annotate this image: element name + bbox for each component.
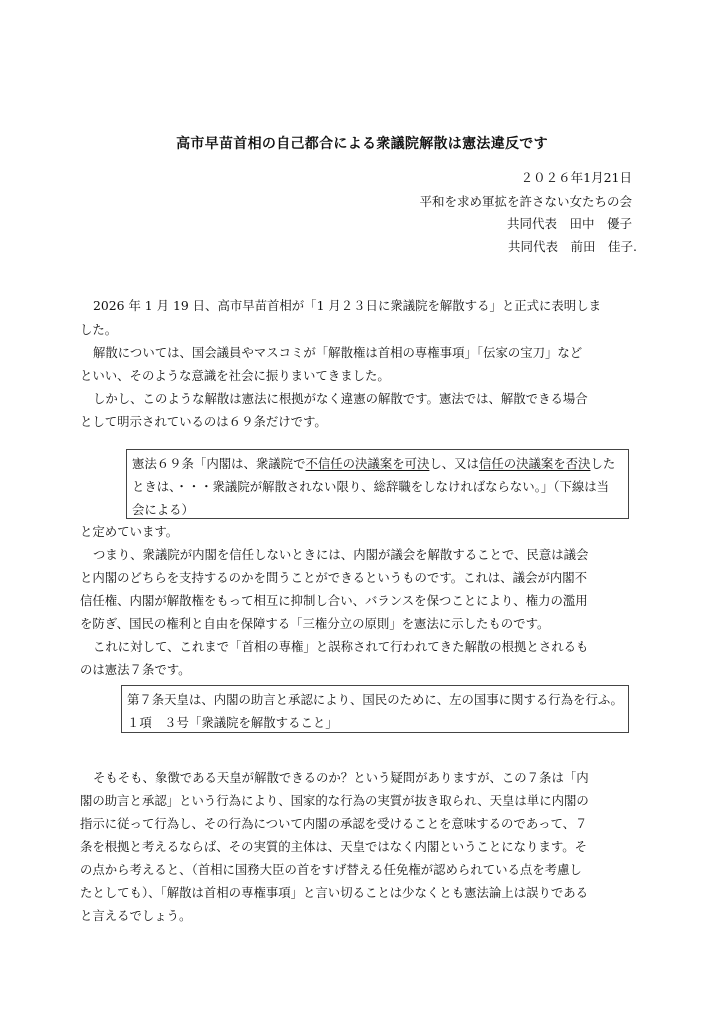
quote-line: ときは、・・・衆議院が解散されない限り、総辞職をしなければならない。」（下線は当 (132, 477, 609, 495)
quote-line: 会による） (132, 500, 194, 518)
paragraph-line: の点から考えると、（首相に国務大臣の首をすげ替える任免権が認められている点を考慮… (80, 860, 582, 878)
paragraph-line: 閣の助言と承認」という行為により、国家的な行為の実質が抜き取られ、天皇は単に内閣… (80, 791, 589, 809)
paragraph-line: つまり、衆議院が内閣を信任しないときには、内閣が議会を解散することで、民意は議会 (93, 545, 588, 563)
quote-text: し、又は (429, 456, 479, 471)
paragraph-line: 信任権、内閣が解散権をもって相互に抑制し合い、バランスを保つことにより、権力の濫… (80, 591, 588, 609)
quote-text: した (590, 456, 615, 471)
paragraph-line: と言えるでしょう。 (80, 906, 191, 924)
paragraph-line: と内閣のどちらを支持するのかを問うことができるというものです。これは、議会が内閣… (80, 568, 587, 586)
representative-1: 共同代表 田中 優子 (507, 214, 632, 232)
paragraph-line: を防ぎ、国民の権利と自由を保障する「三権分立の原則」を憲法に示したものです。 (80, 614, 549, 632)
underlined-text: 不信任の決議案を可決 (305, 456, 429, 471)
quote-line: １項 ３号「衆議院を解散すること」 (127, 713, 338, 731)
paragraph-line: これに対して、これまで「首相の専権」と誤称されて行われてきた解散の根拠とされるも (93, 637, 588, 655)
quote-line: 憲法６９条「内閣は、衆議院で不信任の決議案を可決し、又は信任の決議案を否決した (132, 454, 615, 472)
paragraph-line: しかし、このような解散は憲法に根拠がなく違憲の解散です。憲法では、解散できる場合 (93, 389, 588, 407)
article-7-quote-box: 第７条天皇は、内閣の助言と承認により、国民のために、左の国事に関する行為を行ふ。… (121, 685, 629, 733)
organization-name: 平和を求め軍拡を許さない女たちの会 (419, 192, 632, 210)
paragraph-line: 2026 年 1 月 19 日、高市早苗首相が「1 月２３日に衆議院を解散する」… (93, 296, 601, 314)
paragraph-line: 条を根拠と考えるならば、その実質的主体は、天皇ではなく内閣ということになります。… (80, 837, 587, 855)
paragraph-line: といい、そのような意識を社会に振りまいてきました。 (80, 366, 390, 384)
document-title: 高市早苗首相の自己都合による衆議院解散は憲法違反です (0, 133, 724, 153)
paragraph-line: と定めています。 (80, 522, 178, 540)
paragraph-line: たとしても）、「解散は首相の専権事項」と言い切ることは少なくとも憲法論上は誤りで… (80, 883, 588, 901)
paragraph-line: した。 (80, 320, 117, 338)
quote-text: 憲法６９条「内閣は、衆議院で (132, 456, 305, 471)
quote-line: 第７条天皇は、内閣の助言と承認により、国民のために、左の国事に関する行為を行ふ。 (127, 690, 623, 708)
underlined-text: 信任の決議案を否決 (479, 456, 591, 471)
paragraph-line: 解散については、国会議員やマスコミが「解散権は首相の専権事項」「伝家の宝刀」など (93, 343, 582, 361)
paragraph-line: 指示に従って行為し、その行為について内閣の承認を受けることを意味するのであって、… (80, 814, 587, 832)
paragraph-line: として明示されているのは６９条だけです。 (80, 412, 327, 430)
document-date: ２０２６年1月21日 (521, 168, 632, 186)
paragraph-line: のは憲法７条です。 (80, 660, 191, 678)
paragraph-line: そもそも、象徴である天皇が解散できるのか？という疑問がありますが、この７条は「内 (93, 768, 589, 786)
article-69-quote-box: 憲法６９条「内閣は、衆議院で不信任の決議案を可決し、又は信任の決議案を否決した … (126, 449, 629, 519)
representative-2: 共同代表 前田 佳子. (508, 237, 637, 255)
